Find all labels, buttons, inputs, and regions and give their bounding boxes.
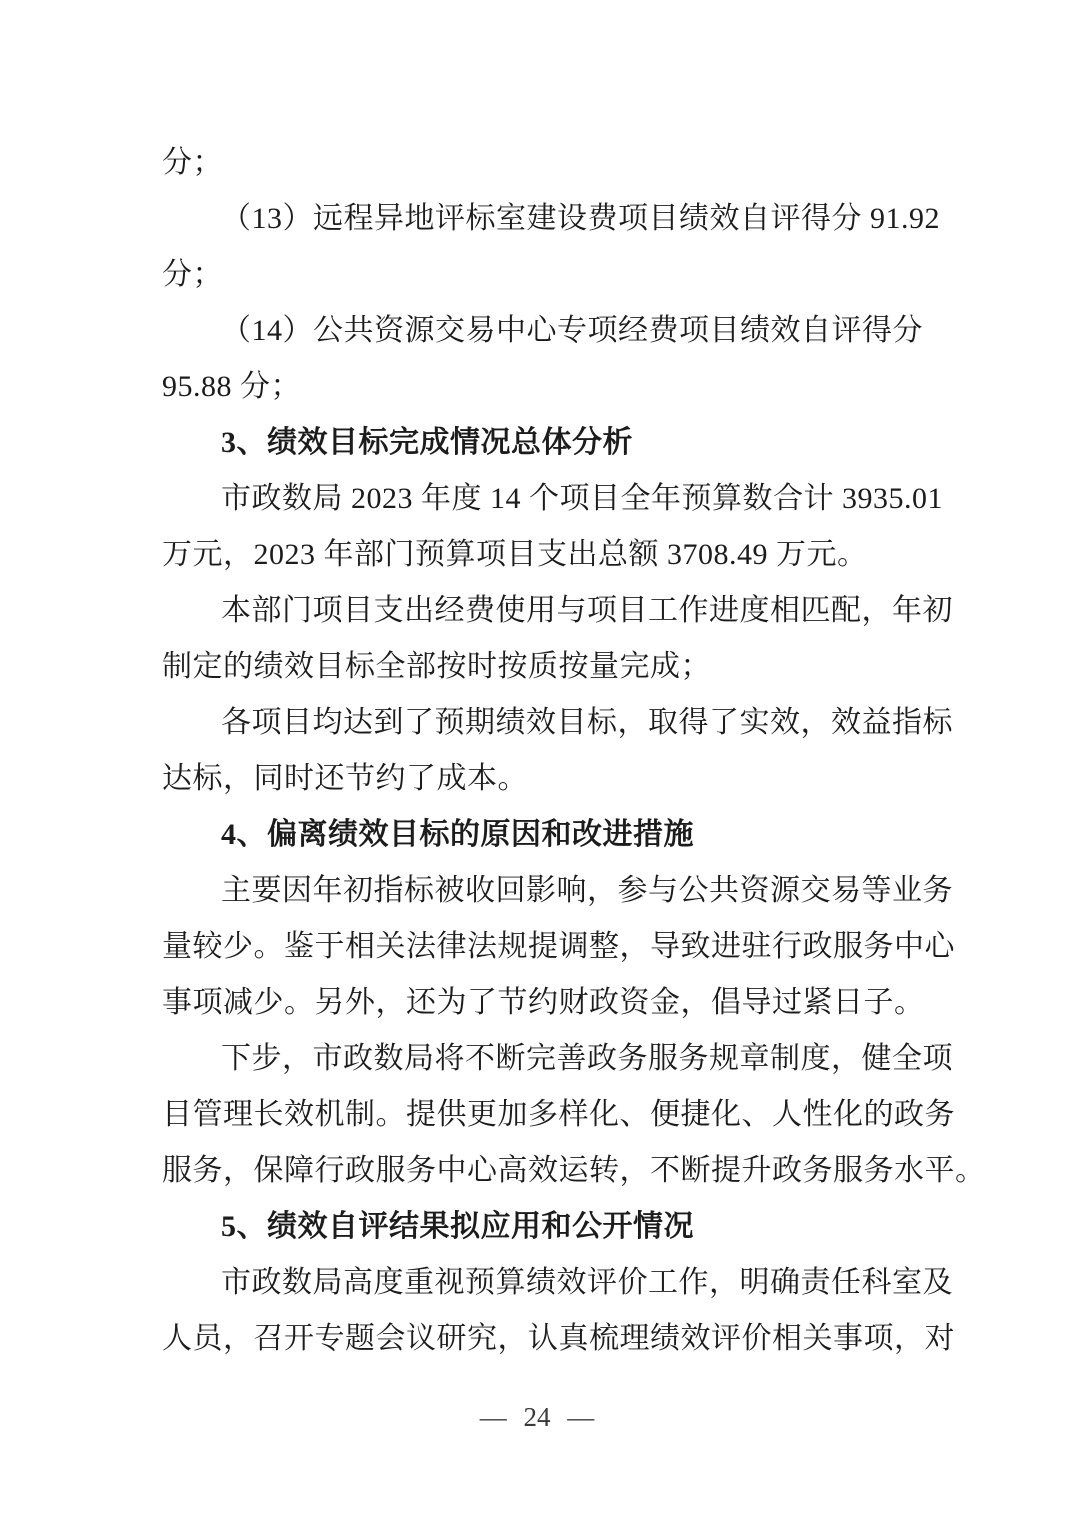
body-text-line: 制定的绩效目标全部按时按质按量完成； (162, 639, 922, 695)
body-text-line: 事项减少。另外，还为了节约财政资金，倡导过紧日子。 (162, 975, 922, 1031)
body-text-line: 分； (162, 247, 922, 303)
body-text-line: 市政数局 2023 年度 14 个项目全年预算数合计 3935.01 (162, 471, 922, 527)
body-text-line: 分； (162, 135, 922, 191)
body-text-line: 达标，同时还节约了成本。 (162, 751, 922, 807)
body-text-line: （13）远程异地评标室建设费项目绩效自评得分 91.92 (162, 191, 922, 247)
body-text-line: 市政数局高度重视预算绩效评价工作，明确责任科室及 (162, 1255, 922, 1311)
body-text-line: 各项目均达到了预期绩效目标，取得了实效，效益指标 (162, 695, 922, 751)
page-number: — 24 — (0, 1402, 1074, 1433)
body-text-line: 人员，召开专题会议研究，认真梳理绩效评价相关事项，对 (162, 1311, 922, 1367)
document-body: 分； （13）远程异地评标室建设费项目绩效自评得分 91.92 分； （14）公… (162, 135, 922, 1367)
section-heading-4: 4、偏离绩效目标的原因和改进措施 (162, 807, 922, 863)
body-text-line: 主要因年初指标被收回影响，参与公共资源交易等业务 (162, 863, 922, 919)
body-text-line: 量较少。鉴于相关法律法规提调整，导致进驻行政服务中心 (162, 919, 922, 975)
body-text-line: 万元，2023 年部门预算项目支出总额 3708.49 万元。 (162, 527, 922, 583)
body-text-line: 95.88 分； (162, 359, 922, 415)
body-text-line: （14）公共资源交易中心专项经费项目绩效自评得分 (162, 303, 922, 359)
body-text-line: 本部门项目支出经费使用与项目工作进度相匹配，年初 (162, 583, 922, 639)
body-text-line: 下步，市政数局将不断完善政务服务规章制度，健全项 (162, 1031, 922, 1087)
body-text-line: 服务，保障行政服务中心高效运转，不断提升政务服务水平。 (162, 1143, 922, 1199)
section-heading-5: 5、绩效自评结果拟应用和公开情况 (162, 1199, 922, 1255)
body-text-line: 目管理长效机制。提供更加多样化、便捷化、人性化的政务 (162, 1087, 922, 1143)
section-heading-3: 3、绩效目标完成情况总体分析 (162, 415, 922, 471)
